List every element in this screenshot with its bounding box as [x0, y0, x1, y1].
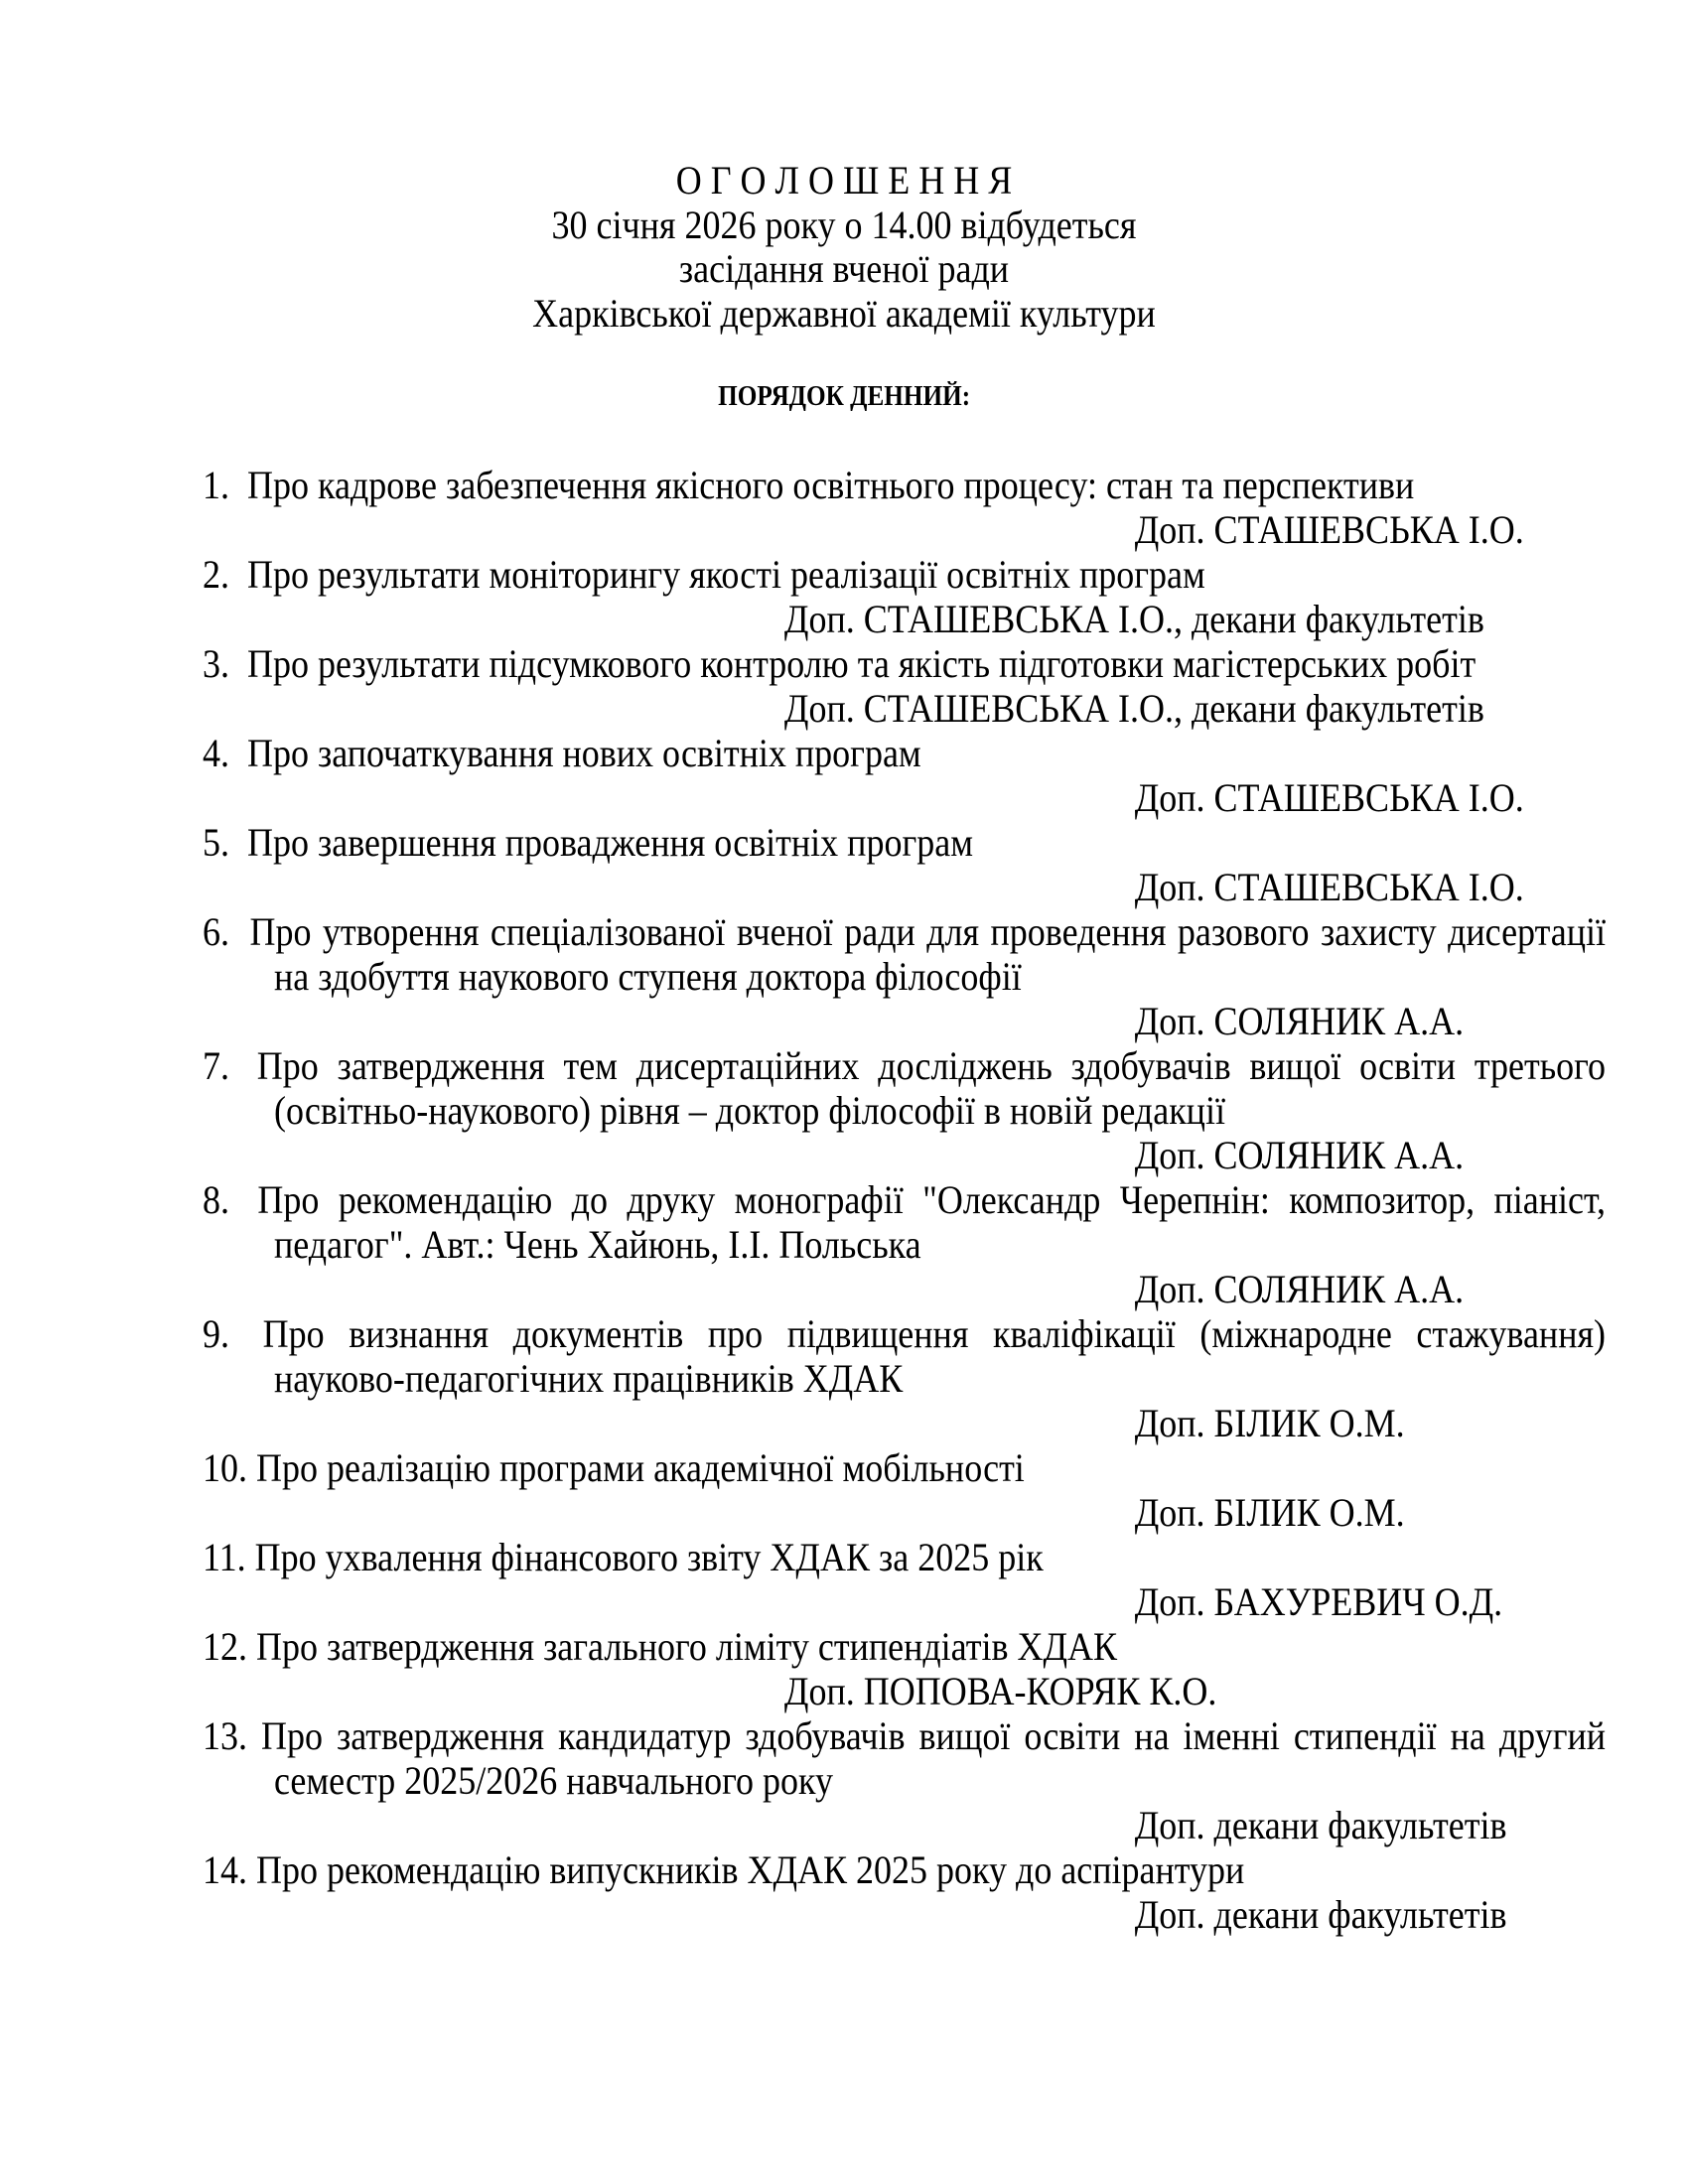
- announcement-title: О Г О Л О Ш Е Н Н Я: [84, 159, 1604, 204]
- institution-line: Харківської державної академії культури: [84, 292, 1604, 337]
- agenda-item-body: Про кадрове забезпечення якісного освітн…: [247, 463, 1414, 507]
- reporter-prefix: Доп.: [784, 686, 855, 731]
- agenda-item-body: Про результати підсумкового контролю та …: [247, 641, 1476, 686]
- agenda-item-text: 14. Про рекомендацію випускників ХДАК 20…: [238, 1847, 1606, 1892]
- reporter-name: СОЛЯНИК А.А.: [1214, 1133, 1465, 1177]
- agenda-item-10: 10. Про реалізацію програми академічної …: [238, 1445, 1606, 1535]
- agenda-item-reporter: Доп.декани факультетів: [238, 1892, 1606, 1937]
- agenda-item-12: 12. Про затвердження загального ліміту с…: [238, 1624, 1606, 1713]
- agenda-item-reporter: Доп.БІЛИК О.М.: [238, 1490, 1606, 1535]
- agenda-item-reporter: Доп.СТАШЕВСЬКА І.О., декани факультетів: [238, 686, 1606, 731]
- agenda-item-number: 11.: [238, 1535, 246, 1579]
- agenda-item-text: 9. Про визнання документів про підвищенн…: [238, 1311, 1606, 1401]
- agenda-item-text: 8. Про рекомендацію до друку монографії …: [238, 1177, 1606, 1267]
- agenda-item-body: Про утворення спеціалізованої вченої рад…: [249, 909, 1606, 999]
- meeting-date-line: 30 січня 2026 року о 14.00 відбудеться: [84, 204, 1604, 248]
- agenda-item-body: Про затвердження загального ліміту стипе…: [256, 1624, 1117, 1669]
- agenda-item-reporter: Доп.декани факультетів: [238, 1803, 1606, 1847]
- agenda-item-text: 1. Про кадрове забезпечення якісного осв…: [238, 463, 1606, 507]
- agenda-item-2: 2. Про результати моніторингу якості реа…: [238, 552, 1606, 641]
- reporter-prefix: Доп.: [1135, 1579, 1205, 1624]
- reporter-prefix: Доп.: [1135, 1892, 1205, 1937]
- agenda-list: 1. Про кадрове забезпечення якісного осв…: [238, 463, 1606, 1937]
- reporter-prefix: Доп.: [1135, 999, 1205, 1043]
- reporter-prefix: Доп.: [1135, 507, 1205, 552]
- document-page: О Г О Л О Ш Е Н Н Я 30 січня 2026 року о…: [0, 0, 1688, 2184]
- agenda-item-body: Про рекомендацію до друку монографії "Ол…: [257, 1177, 1606, 1267]
- reporter-name: БАХУРЕВИЧ О.Д.: [1214, 1579, 1503, 1624]
- agenda-heading-text: ПОРЯДОК ДЕННИЙ:: [718, 377, 970, 417]
- meeting-event-line: засідання вченої ради: [84, 247, 1604, 292]
- reporter-name: СТАШЕВСЬКА І.О.: [1214, 865, 1524, 909]
- agenda-item-body: Про рекомендацію випускників ХДАК 2025 р…: [256, 1847, 1244, 1892]
- reporter-prefix: Доп.: [1135, 1401, 1205, 1445]
- agenda-heading: ПОРЯДОК ДЕННИЙ:: [0, 377, 1688, 417]
- agenda-item-14: 14. Про рекомендацію випускників ХДАК 20…: [238, 1847, 1606, 1937]
- agenda-item-11: 11. Про ухвалення фінансового звіту ХДАК…: [238, 1535, 1606, 1624]
- agenda-item-reporter: Доп.ПОПОВА-КОРЯК К.О.: [238, 1669, 1606, 1713]
- reporter-prefix: Доп.: [1135, 865, 1205, 909]
- agenda-item-7: 7. Про затвердження тем дисертаційних до…: [238, 1043, 1606, 1177]
- reporter-prefix: Доп.: [1135, 1490, 1205, 1535]
- agenda-item-body: Про визнання документів про підвищення к…: [263, 1311, 1606, 1401]
- agenda-item-body: Про завершення провадження освітніх прог…: [247, 820, 973, 865]
- reporter-name: СОЛЯНИК А.А.: [1214, 1267, 1465, 1311]
- agenda-item-reporter: Доп.СТАШЕВСЬКА І.О.: [238, 865, 1606, 909]
- agenda-item-reporter: Доп.БАХУРЕВИЧ О.Д.: [238, 1579, 1606, 1624]
- reporter-name: СТАШЕВСЬКА І.О., декани факультетів: [864, 686, 1484, 731]
- agenda-item-body: Про ухвалення фінансового звіту ХДАК за …: [255, 1535, 1044, 1579]
- agenda-item-text: 4. Про започаткування нових освітніх про…: [238, 731, 1606, 775]
- announcement-header: О Г О Л О Ш Е Н Н Я 30 січня 2026 року о…: [0, 159, 1688, 336]
- agenda-item-number: 12.: [238, 1624, 247, 1669]
- reporter-name: декани факультетів: [1214, 1803, 1507, 1847]
- agenda-item-6: 6. Про утворення спеціалізованої вченої …: [238, 909, 1606, 1043]
- agenda-item-text: 2. Про результати моніторингу якості реа…: [238, 552, 1606, 597]
- reporter-name: СТАШЕВСЬКА І.О.: [1214, 775, 1524, 820]
- agenda-item-text: 7. Про затвердження тем дисертаційних до…: [238, 1043, 1606, 1133]
- reporter-prefix: Доп.: [1135, 775, 1205, 820]
- reporter-prefix: Доп.: [1135, 1133, 1205, 1177]
- reporter-name: БІЛИК О.М.: [1214, 1490, 1405, 1535]
- agenda-item-reporter: Доп.СОЛЯНИК А.А.: [238, 1133, 1606, 1177]
- agenda-item-body: Про затвердження кандидатур здобувачів в…: [261, 1713, 1606, 1803]
- reporter-name: декани факультетів: [1214, 1892, 1507, 1937]
- agenda-section: 1. Про кадрове забезпечення якісного осв…: [238, 463, 1606, 1937]
- agenda-item-body: Про реалізацію програми академічної мобі…: [256, 1445, 1025, 1490]
- reporter-prefix: Доп.: [784, 1669, 855, 1713]
- agenda-item-text: 6. Про утворення спеціалізованої вченої …: [238, 909, 1606, 999]
- agenda-item-text: 5. Про завершення провадження освітніх п…: [238, 820, 1606, 865]
- reporter-prefix: Доп.: [784, 597, 855, 641]
- agenda-item-reporter: Доп.СТАШЕВСЬКА І.О.: [238, 775, 1606, 820]
- agenda-item-reporter: Доп.СТАШЕВСЬКА І.О., декани факультетів: [238, 597, 1606, 641]
- agenda-item-body: Про започаткування нових освітніх програ…: [247, 731, 921, 775]
- reporter-name: СТАШЕВСЬКА І.О., декани факультетів: [864, 597, 1484, 641]
- agenda-item-1: 1. Про кадрове забезпечення якісного осв…: [238, 463, 1606, 552]
- reporter-name: ПОПОВА-КОРЯК К.О.: [864, 1669, 1217, 1713]
- agenda-item-text: 13. Про затвердження кандидатур здобувач…: [238, 1713, 1606, 1803]
- agenda-item-4: 4. Про започаткування нових освітніх про…: [238, 731, 1606, 820]
- agenda-item-reporter: Доп.СТАШЕВСЬКА І.О.: [238, 507, 1606, 552]
- agenda-item-5: 5. Про завершення провадження освітніх п…: [238, 820, 1606, 909]
- agenda-item-body: Про затвердження тем дисертаційних дослі…: [257, 1043, 1606, 1133]
- agenda-item-13: 13. Про затвердження кандидатур здобувач…: [238, 1713, 1606, 1847]
- agenda-item-text: 11. Про ухвалення фінансового звіту ХДАК…: [238, 1535, 1606, 1579]
- agenda-item-reporter: Доп.СОЛЯНИК А.А.: [238, 999, 1606, 1043]
- reporter-name: СОЛЯНИК А.А.: [1214, 999, 1465, 1043]
- agenda-item-text: 12. Про затвердження загального ліміту с…: [238, 1624, 1606, 1669]
- reporter-name: БІЛИК О.М.: [1214, 1401, 1405, 1445]
- agenda-item-reporter: Доп.БІЛИК О.М.: [238, 1401, 1606, 1445]
- reporter-prefix: Доп.: [1135, 1267, 1205, 1311]
- agenda-item-text: 10. Про реалізацію програми академічної …: [238, 1445, 1606, 1490]
- agenda-item-number: 10.: [238, 1445, 247, 1490]
- agenda-item-8: 8. Про рекомендацію до друку монографії …: [238, 1177, 1606, 1311]
- agenda-item-text: 3. Про результати підсумкового контролю …: [238, 641, 1606, 686]
- agenda-item-reporter: Доп.СОЛЯНИК А.А.: [238, 1267, 1606, 1311]
- agenda-item-3: 3. Про результати підсумкового контролю …: [238, 641, 1606, 731]
- agenda-item-number: 13.: [238, 1713, 247, 1758]
- agenda-item-9: 9. Про визнання документів про підвищенн…: [238, 1311, 1606, 1445]
- reporter-name: СТАШЕВСЬКА І.О.: [1214, 507, 1524, 552]
- agenda-item-number: 14.: [238, 1847, 247, 1892]
- agenda-item-body: Про результати моніторингу якості реаліз…: [247, 552, 1205, 597]
- reporter-prefix: Доп.: [1135, 1803, 1205, 1847]
